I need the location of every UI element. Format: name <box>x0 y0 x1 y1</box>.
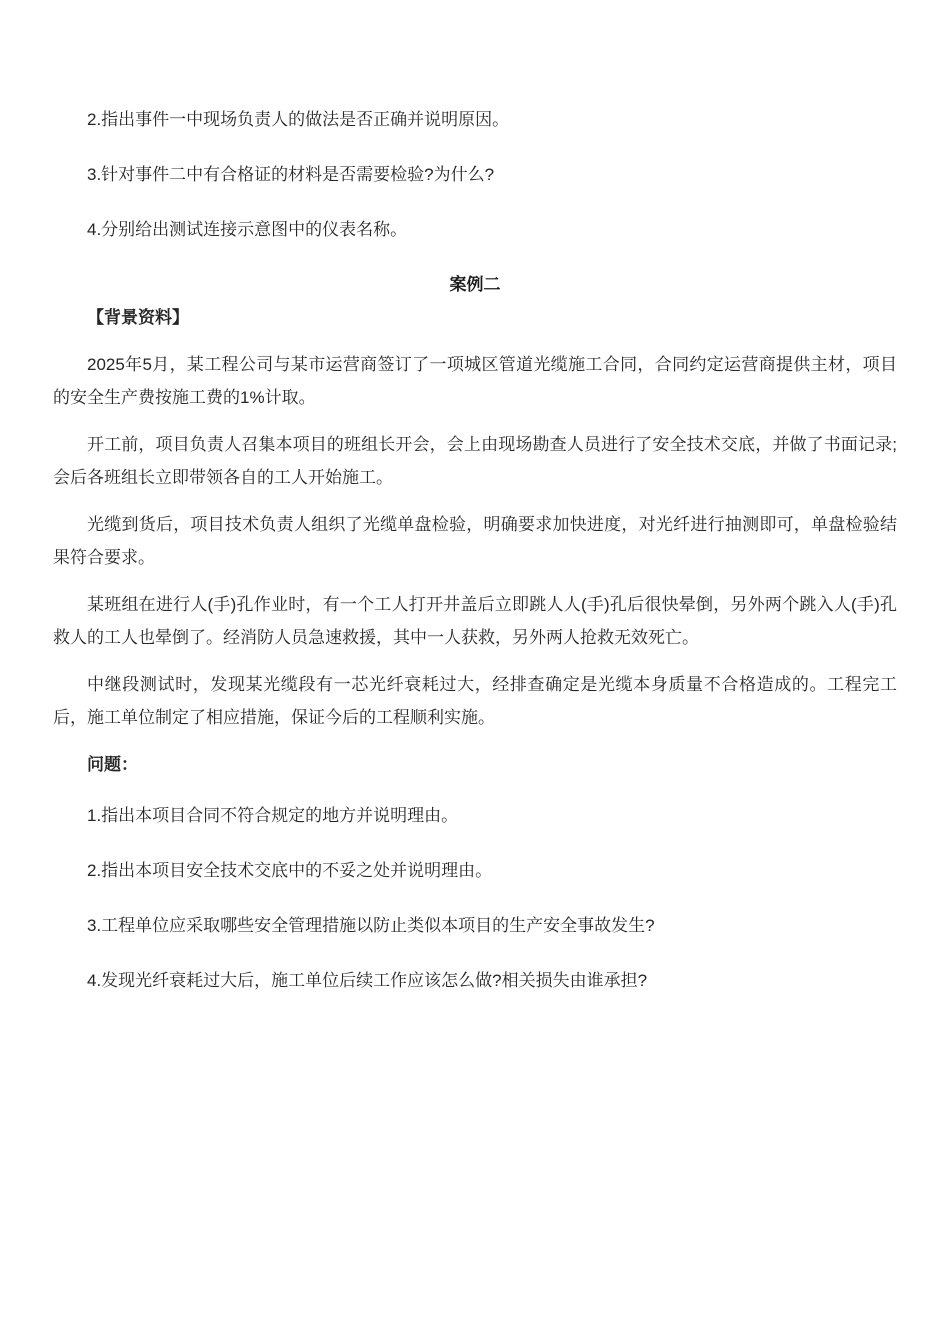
questions-section-label: 问题： <box>53 748 897 781</box>
background-paragraph-4: 某班组在进行人(手)孔作业时，有一个工人打开井盖后立即跳人人(手)孔后很快晕倒，… <box>53 588 897 654</box>
background-paragraph-5: 中继段测试时，发现某光缆段有一芯光纤衰耗过大，经排查确定是光缆本身质量不合格造成… <box>53 668 897 734</box>
background-paragraph-2: 开工前，项目负责人召集本项目的班组长开会，会上由现场勘查人员进行了安全技术交底，… <box>53 428 897 494</box>
case2-question-2: 2.指出本项目安全技术交底中的不妥之处并说明理由。 <box>53 854 897 887</box>
case2-question-1: 1.指出本项目合同不符合规定的地方并说明理由。 <box>53 799 897 832</box>
case2-question-4: 4.发现光纤衰耗过大后，施工单位后续工作应该怎么做?相关损失由谁承担? <box>53 964 897 997</box>
document-page: 2.指出事件一中现场负责人的做法是否正确并说明原因。 3.针对事件二中有合格证的… <box>0 0 950 1344</box>
background-paragraph-3: 光缆到货后，项目技术负责人组织了光缆单盘检验，明确要求加快进度，对光纤进行抽测即… <box>53 508 897 574</box>
case1-question-4: 4.分别给出测试连接示意图中的仪表名称。 <box>53 213 897 246</box>
case2-title: 案例二 <box>53 268 897 301</box>
case2-question-3: 3.工程单位应采取哪些安全管理措施以防止类似本项目的生产安全事故发生? <box>53 909 897 942</box>
background-section-label: 【背景资料】 <box>53 301 897 334</box>
case1-question-3: 3.针对事件二中有合格证的材料是否需要检验?为什么? <box>53 158 897 191</box>
case1-question-2: 2.指出事件一中现场负责人的做法是否正确并说明原因。 <box>53 103 897 136</box>
background-paragraph-1: 2025年5月，某工程公司与某市运营商签订了一项城区管道光缆施工合同，合同约定运… <box>53 348 897 414</box>
